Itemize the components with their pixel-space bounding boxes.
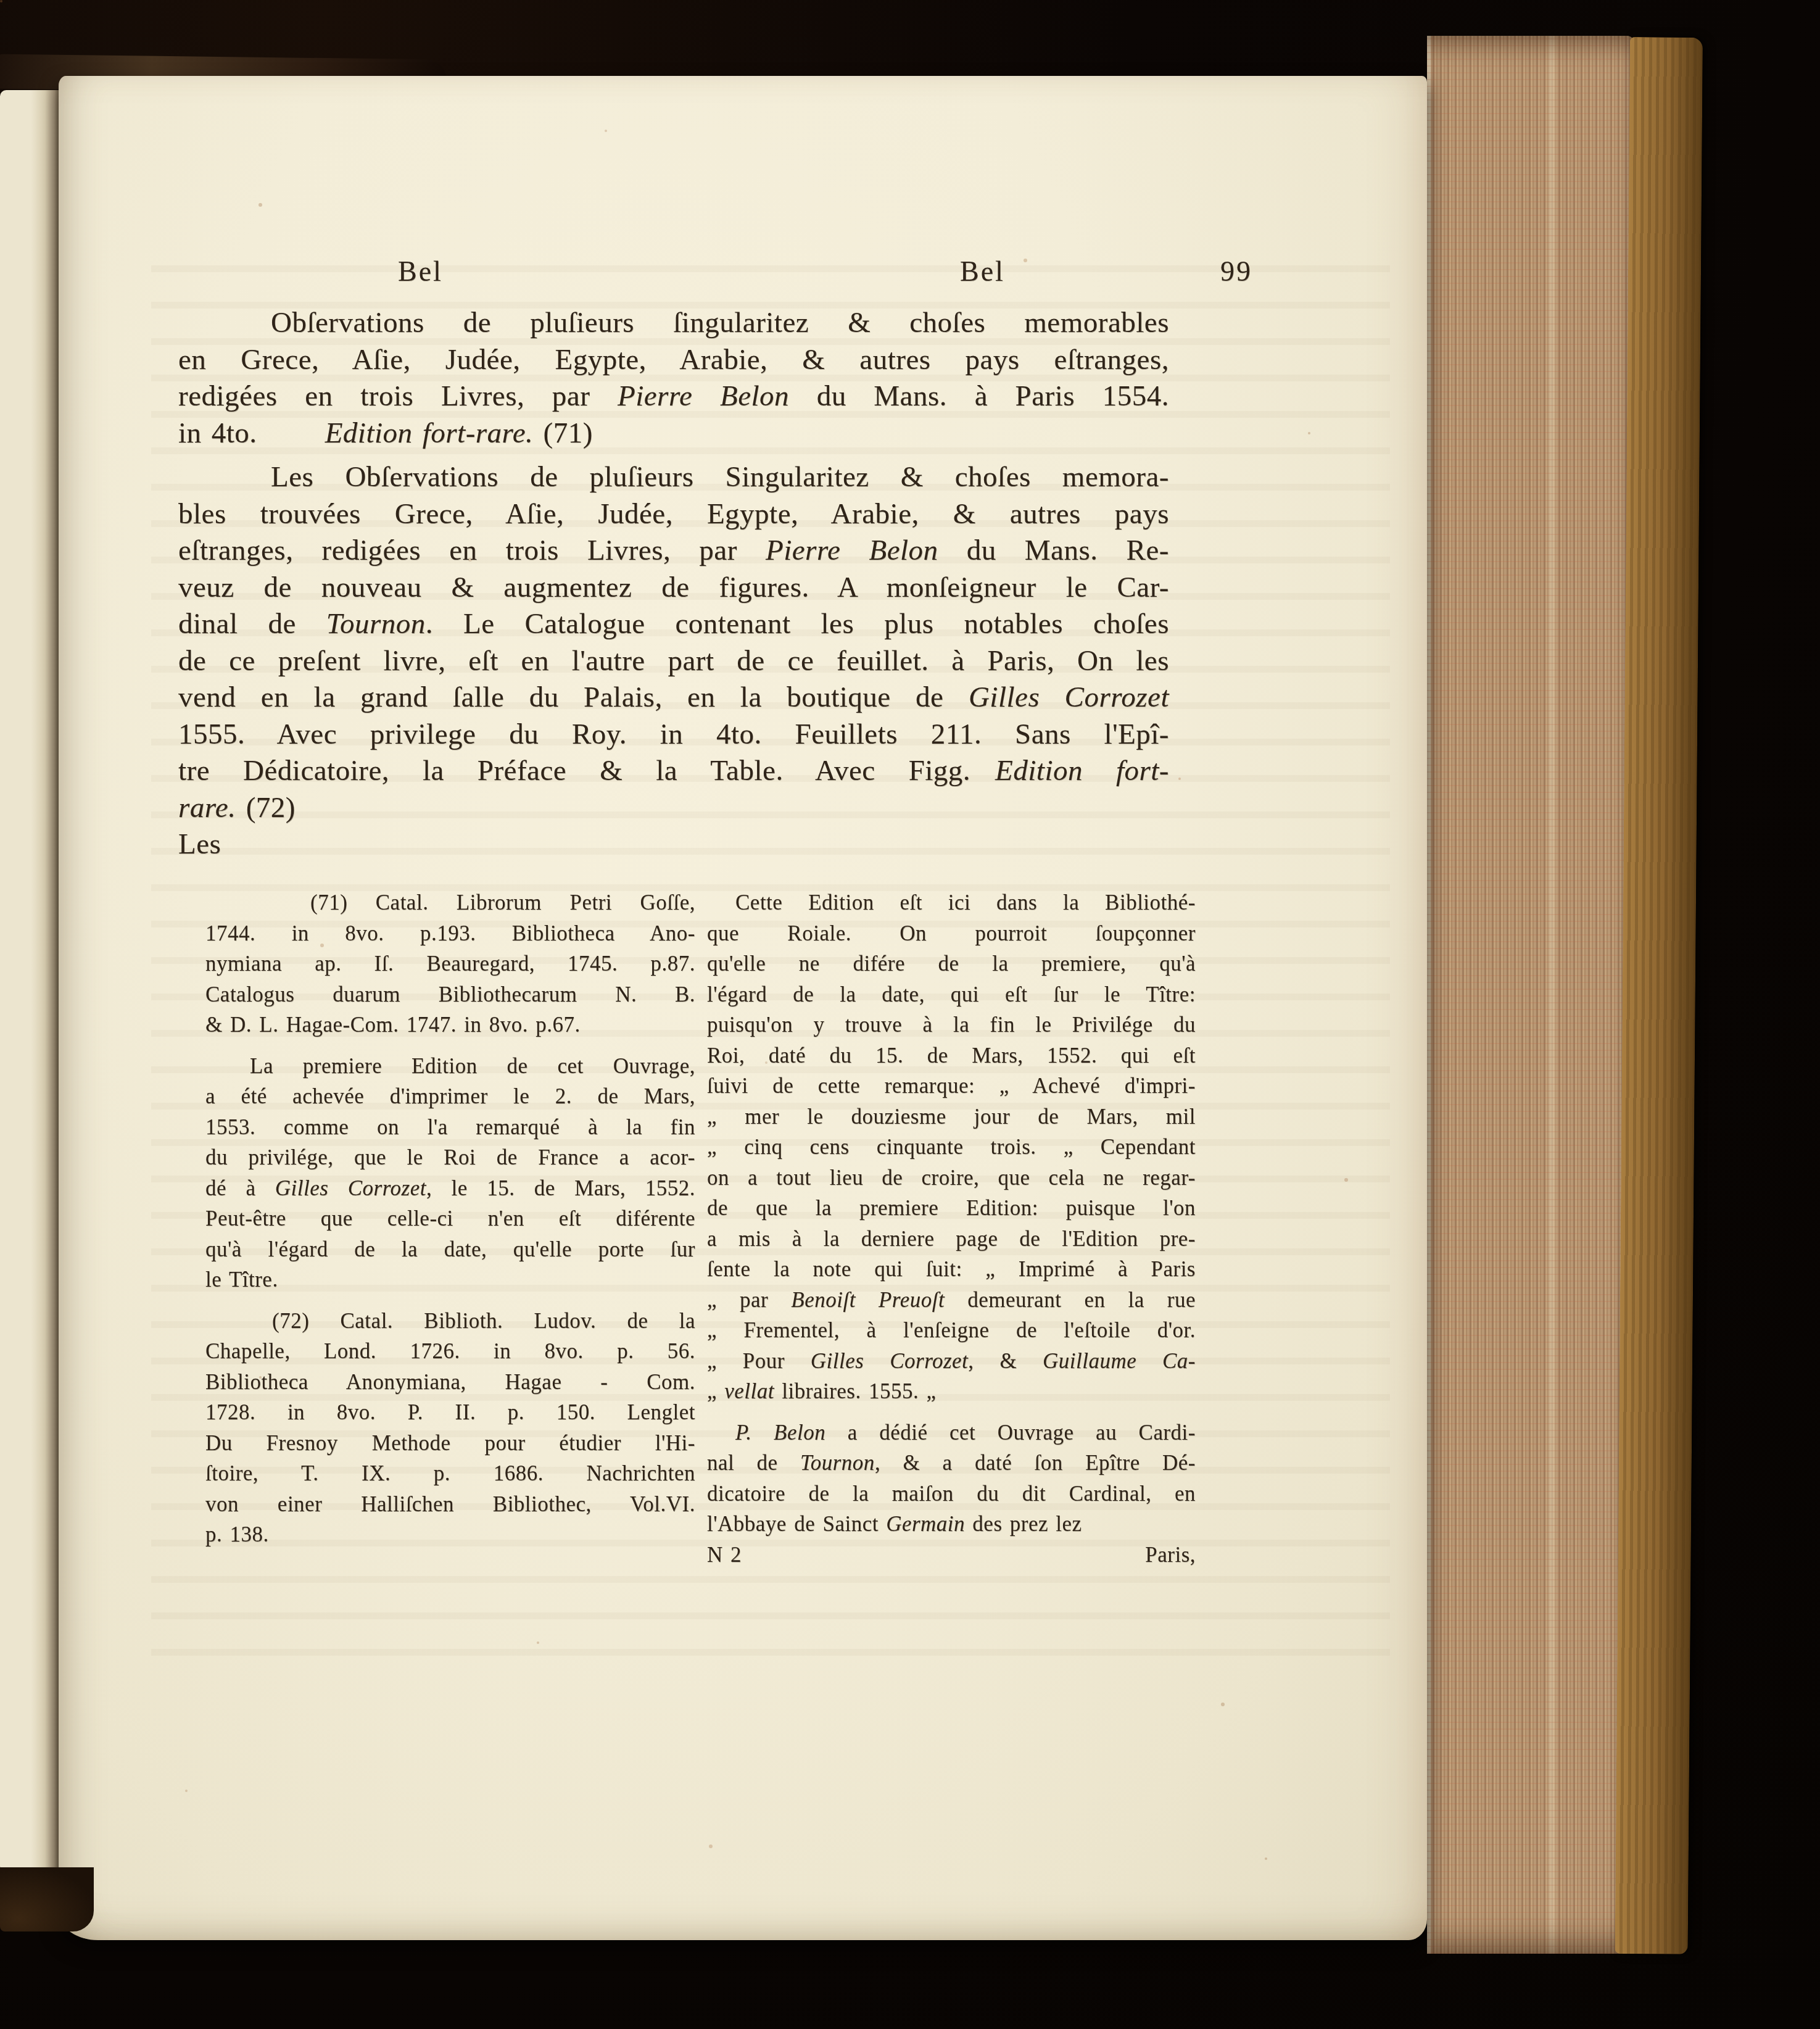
roman-text: 1555. Avec privilege du Roy. in 4to. Feu… [178, 718, 1169, 750]
text-line: veuz de nouveau & augmentez de figures. … [178, 570, 1169, 607]
roman-text: (72) [236, 792, 296, 824]
roman-text: veuz de nouveau & augmentez de figures. … [178, 571, 1169, 604]
italic-text: Germain [886, 1512, 965, 1536]
roman-text: dinal de [178, 608, 326, 640]
italic-text: Tournon [326, 608, 426, 640]
roman-text: ſtoire, T. IX. p. 1686. Nachrichten [205, 1461, 695, 1485]
roman-text: , & a daté ſon Epître Dé- [875, 1451, 1196, 1475]
roman-text: Peut-être que celle-ci n'en eſt diférent… [205, 1206, 695, 1230]
italic-text: Gilles Corrozet [969, 681, 1169, 713]
text-line: nal de Tournon, & a daté ſon Epître Dé- [707, 1448, 1196, 1479]
text-line: „ cinq cens cinquante trois. „ Cependant [707, 1132, 1196, 1163]
italic-text: Guillaume Ca- [1043, 1349, 1196, 1373]
text-line: 1555. Avec privilege du Roy. in 4to. Feu… [178, 716, 1169, 753]
text-line: qu'elle ne difére de la premiere, qu'à [707, 948, 1196, 979]
fore-edge-page-stack [1427, 36, 1634, 1954]
roman-text: puisqu'on y trouve à la fin le Privilége… [707, 1013, 1196, 1037]
text-line: le Tître. [205, 1264, 695, 1295]
footnote-commentary-first-edition: La premiere Edition de cet Ouvrage,a été… [205, 1051, 695, 1295]
signature-mark: N 2 [707, 1540, 742, 1571]
roman-text: en Grece, Aſie, Judée, Egypte, Arabie, &… [178, 344, 1169, 376]
roman-text: & D. L. Hagae-Com. 1747. in 8vo. p.67. [205, 1013, 581, 1037]
entry-paragraph-edition-1555: Les Obſervations de pluſieurs Singularit… [178, 459, 1169, 826]
text-line: a été achevée d'imprimer le 2. de Mars, [205, 1081, 695, 1112]
roman-text: Obſervations de pluſieurs ſingularitez &… [271, 307, 1169, 339]
text-line: La premiere Edition de cet Ouvrage, [205, 1051, 695, 1082]
text-line: rare. (72) [178, 790, 1169, 827]
italic-text: Edition fort-rare. [325, 417, 534, 449]
footnote-column-right: Cette Edition eſt ici dans la Bibliothé-… [707, 887, 1196, 1570]
roman-text: du Mans. à Paris 1554. [789, 380, 1169, 412]
italic-text: Gilles Corrozet [275, 1176, 426, 1200]
roman-text: de que la premiere Edition: puisque l'on [707, 1196, 1196, 1220]
text-line: Du Fresnoy Methode pour étudier l'Hi- [205, 1428, 695, 1459]
roman-text: Roi, daté du 15. de Mars, 1552. qui eſt [707, 1044, 1196, 1068]
roman-text: bles trouvées Grece, Aſie, Judée, Egypte… [178, 498, 1169, 530]
roman-text: von einer Halliſchen Bibliothec, Vol.VI. [205, 1492, 695, 1516]
roman-text: „ par [707, 1288, 791, 1312]
running-title-center: Bel [960, 255, 1005, 288]
roman-text: 1553. comme on l'a remarqué à la fin [205, 1115, 695, 1139]
roman-text: l'égard de la date, qui eſt ſur le Tître… [707, 982, 1196, 1006]
text-line: tre Dédicatoire, la Préface & la Table. … [178, 753, 1169, 790]
roman-text: , le 15. de Mars, 1552. [426, 1176, 695, 1200]
text-line: 1744. in 8vo. p.193. Bibliotheca Ano- [205, 918, 695, 949]
roman-text: Les Obſervations de pluſieurs Singularit… [271, 461, 1169, 493]
text-line: dicatoire de la maiſon du dit Cardinal, … [707, 1479, 1196, 1509]
text-line: vend en la grand ſalle du Palais, en la … [178, 679, 1169, 716]
text-line: puisqu'on y trouve à la fin le Privilége… [707, 1010, 1196, 1040]
footnote-72: (72) Catal. Biblioth. Ludov. de laChapel… [205, 1306, 695, 1550]
text-line: 1553. comme on l'a remarqué à la fin [205, 1112, 695, 1143]
roman-text: nymiana ap. Iſ. Beauregard, 1745. p.87. [205, 952, 695, 976]
roman-text: „ Pour [707, 1349, 811, 1373]
italic-text: Tournon [800, 1451, 875, 1475]
roman-text: , & [968, 1349, 1043, 1373]
roman-text: dé à [205, 1176, 275, 1200]
roman-text: Bibliotheca Anonymiana, Hagae - Com. [205, 1370, 695, 1394]
catchword-les: Les [178, 826, 1169, 863]
text-line: de que la premiere Edition: puisque l'on [707, 1193, 1196, 1224]
roman-text: le Tître. [205, 1268, 278, 1292]
roman-text: „ mer le douziesme jour de Mars, mil [707, 1105, 1196, 1129]
text-line: que Roiale. On pourroit ſoupçonner [707, 918, 1196, 949]
catchword-paris: Paris, [1145, 1540, 1196, 1571]
roman-text: 1728. in 8vo. P. II. p. 150. Lenglet [205, 1400, 695, 1424]
book-cover-edge [1615, 37, 1703, 1954]
roman-text: Chapelle, Lond. 1726. in 8vo. p. 56. [205, 1339, 695, 1363]
italic-text: Benoiſt Preuoſt [791, 1288, 945, 1312]
text-line: nymiana ap. Iſ. Beauregard, 1745. p.87. [205, 948, 695, 979]
roman-text: „ Frementel, à l'enſeigne de l'eſtoile d… [707, 1318, 1196, 1342]
text-line: (71) Catal. Librorum Petri Goſſe, [205, 887, 695, 918]
footnote-commentary-dedication: P. Belon a dédié cet Ouvrage au Cardi-na… [707, 1417, 1196, 1540]
text-line: (72) Catal. Biblioth. Ludov. de la [205, 1306, 695, 1337]
text-line: Chapelle, Lond. 1726. in 8vo. p. 56. [205, 1336, 695, 1367]
text-line: p. 138. [205, 1519, 695, 1550]
roman-text: 1744. in 8vo. p.193. Bibliotheca Ano- [205, 921, 695, 945]
roman-text: de ce preſent livre, eſt en l'autre part… [178, 645, 1169, 677]
text-line: qu'à l'égard de la date, qu'elle porte ſ… [205, 1234, 695, 1265]
roman-text: redigées en trois Livres, par [178, 380, 618, 412]
roman-text: a mis à la derniere page de l'Edition pr… [707, 1227, 1196, 1251]
roman-text: . Le Catalogue contenant les plus notabl… [426, 608, 1169, 640]
text-line: en Grece, Aſie, Judée, Egypte, Arabie, &… [178, 342, 1169, 379]
roman-text: p. 138. [205, 1522, 269, 1546]
text-line: du privilége, que le Roi de France a aco… [205, 1142, 695, 1173]
roman-text: La premiere Edition de cet Ouvrage, [250, 1054, 695, 1078]
text-line: P. Belon a dédié cet Ouvrage au Cardi- [707, 1417, 1196, 1448]
roman-text: Cette Edition eſt ici dans la Bibliothé- [735, 890, 1196, 915]
text-line: Les Obſervations de pluſieurs Singularit… [178, 459, 1169, 496]
text-line: Peut-être que celle-ci n'en eſt diférent… [205, 1203, 695, 1234]
roman-text: tre Dédicatoire, la Préface & la Table. … [178, 755, 970, 787]
roman-text: du Mans. Re- [938, 534, 1169, 566]
text-line: „ par Benoiſt Preuoſt demeurant en la ru… [707, 1285, 1196, 1316]
text-line: Catalogus duarum Bibliothecarum N. B. [205, 979, 695, 1010]
left-page-edge [0, 90, 59, 1887]
roman-text: „ [707, 1379, 724, 1403]
roman-text: qu'elle ne difére de la premiere, qu'à [707, 952, 1196, 976]
roman-text: a dédié cet Ouvrage au Cardi- [825, 1421, 1196, 1445]
roman-text: in 4to. [178, 417, 257, 449]
entry-paragraph-edition-1554: Obſervations de pluſieurs ſingularitez &… [178, 305, 1169, 452]
page-number: 99 [1220, 255, 1252, 288]
paper-foxing-specks [0, 0, 2, 2]
text-line: l'Abbaye de Sainct Germain des prez lez [707, 1509, 1196, 1540]
roman-text: (71) Catal. Librorum Petri Goſſe, [310, 890, 695, 915]
roman-text: on a tout lieu de croire, que cela ne re… [707, 1166, 1196, 1190]
text-line: redigées en trois Livres, par Pierre Bel… [178, 378, 1169, 415]
roman-text: l'Abbaye de Sainct [707, 1512, 886, 1536]
roman-text: a été achevée d'imprimer le 2. de Mars, [205, 1084, 695, 1108]
roman-text: des prez lez [965, 1512, 1082, 1536]
roman-text: nal de [707, 1451, 800, 1475]
text-line: a mis à la derniere page de l'Edition pr… [707, 1224, 1196, 1255]
text-line: in 4to.Edition fort-rare. (71) [178, 415, 1169, 452]
text-line: Cette Edition eſt ici dans la Bibliothé- [707, 887, 1196, 918]
roman-text: (71) [533, 417, 593, 449]
footnote-71: (71) Catal. Librorum Petri Goſſe,1744. i… [205, 887, 695, 1040]
text-line: dé à Gilles Corrozet, le 15. de Mars, 15… [205, 1173, 695, 1204]
text-line: l'égard de la date, qui eſt ſur le Tître… [707, 979, 1196, 1010]
running-title-left: Bel [398, 255, 443, 288]
italic-text: Edition fort- [995, 755, 1169, 787]
text-line: „ mer le douziesme jour de Mars, mil [707, 1102, 1196, 1132]
text-line: ſente la note qui ſuit: „ Imprimé à Pari… [707, 1254, 1196, 1285]
text-line: Obſervations de pluſieurs ſingularitez &… [178, 305, 1169, 342]
roman-text: du privilége, que le Roi de France a aco… [205, 1145, 695, 1169]
text-line: on a tout lieu de croire, que cela ne re… [707, 1163, 1196, 1193]
roman-text: dicatoire de la maiſon du dit Cardinal, … [707, 1482, 1196, 1506]
italic-text: Pierre Belon [618, 380, 789, 412]
text-line: „ Frementel, à l'enſeigne de l'eſtoile d… [707, 1315, 1196, 1346]
cover-corner-bottom-left [0, 1867, 94, 1931]
footnote-column-left: (71) Catal. Librorum Petri Goſſe,1744. i… [205, 887, 695, 1550]
text-line: dinal de Tournon. Le Catalogue contenant… [178, 606, 1169, 643]
main-text-block: Obſervations de pluſieurs ſingularitez &… [178, 305, 1169, 863]
italic-text: Gilles Corrozet [811, 1349, 969, 1373]
italic-text: rare. [178, 792, 236, 824]
signature-line: N 2 Paris, [707, 1540, 1196, 1571]
text-line: ſtoire, T. IX. p. 1686. Nachrichten [205, 1458, 695, 1489]
roman-text: Catalogus duarum Bibliothecarum N. B. [205, 982, 695, 1006]
text-line: de ce preſent livre, eſt en l'autre part… [178, 643, 1169, 680]
roman-text: qu'à l'égard de la date, qu'elle porte ſ… [205, 1237, 695, 1261]
text-line: 1728. in 8vo. P. II. p. 150. Lenglet [205, 1397, 695, 1428]
text-line: von einer Halliſchen Bibliothec, Vol.VI. [205, 1489, 695, 1520]
text-line: eſtranges, redigées en trois Livres, par… [178, 533, 1169, 570]
text-line: Bibliotheca Anonymiana, Hagae - Com. [205, 1367, 695, 1398]
italic-text: P. Belon [735, 1421, 825, 1445]
text-line: „ Pour Gilles Corrozet, & Guillaume Ca- [707, 1346, 1196, 1377]
roman-text: ſente la note qui ſuit: „ Imprimé à Pari… [707, 1257, 1196, 1281]
roman-text: que Roiale. On pourroit ſoupçonner [707, 921, 1196, 945]
roman-text: vend en la grand ſalle du Palais, en la … [178, 681, 969, 713]
roman-text: ſuivi de cette remarque: „ Achevé d'impr… [707, 1074, 1196, 1098]
italic-text: Pierre Belon [766, 534, 938, 566]
text-line: ſuivi de cette remarque: „ Achevé d'impr… [707, 1071, 1196, 1102]
text-line: Roi, daté du 15. de Mars, 1552. qui eſt [707, 1040, 1196, 1071]
roman-text: (72) Catal. Biblioth. Ludov. de la [272, 1309, 695, 1333]
italic-text: vellat [724, 1379, 774, 1403]
text-line: bles trouvées Grece, Aſie, Judée, Egypte… [178, 496, 1169, 533]
text-line: & D. L. Hagae-Com. 1747. in 8vo. p.67. [205, 1010, 695, 1040]
roman-text: eſtranges, redigées en trois Livres, par [178, 534, 766, 566]
book-scan-photo: Bel Bel 99 Obſervations de pluſieurs ſin… [0, 0, 1820, 2029]
roman-text: Du Fresnoy Methode pour étudier l'Hi- [205, 1431, 695, 1455]
roman-text: „ cinq cens cinquante trois. „ Cependant [707, 1135, 1196, 1159]
footnote-commentary-royal-library: Cette Edition eſt ici dans la Bibliothé-… [707, 887, 1196, 1407]
roman-text: demeurant en la rue [945, 1288, 1196, 1312]
text-line: „ vellat libraires. 1555. „ [707, 1376, 1196, 1407]
roman-text: libraires. 1555. „ [774, 1379, 936, 1403]
